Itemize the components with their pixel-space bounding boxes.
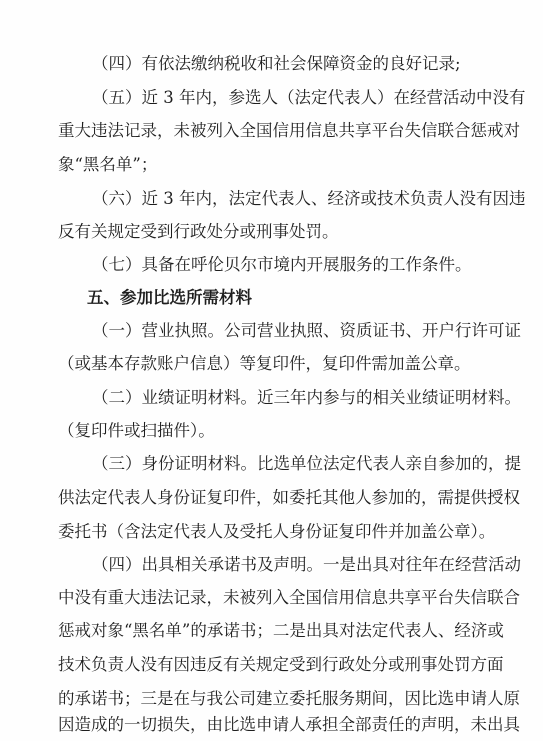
- text-line: （七）具备在呼伦贝尔市境内开展服务的工作条件。: [92, 254, 466, 276]
- text-line: （四）有依法缴纳税收和社会保障资金的良好记录;: [92, 53, 466, 75]
- text-line: 重大违法记录，未被列入全国信用信息共享平台失信联合惩戒对: [58, 120, 466, 142]
- text-line: （五）近 3 年内，参选人（法定代表人）在经营活动中没有: [92, 87, 466, 109]
- text-line: 象“黑名单”；: [58, 154, 466, 176]
- text-line: 供法定代表人身份证复印件，如委托其他人参加的，需提供授权: [58, 487, 466, 509]
- text-line: （六）近 3 年内，法定代表人、经济或技术负责人没有因违: [92, 188, 466, 210]
- text-line: （或基本存款账户信息）等复印件，复印件需加盖公章。: [58, 353, 466, 375]
- text-line: 反有关规定受到行政处分或刑事处罚。: [58, 221, 466, 243]
- text-line: （三）身份证明材料。比选单位法定代表人亲自参加的，提: [92, 453, 466, 475]
- text-line: （四）出具相关承诺书及声明。一是出具对往年在经营活动: [92, 554, 466, 576]
- section-heading: 五、参加比选所需材料: [87, 287, 287, 309]
- text-line: 中没有重大违法记录，未被列入全国信用信息共享平台失信联合: [58, 587, 466, 609]
- text-line: （二）业绩证明材料。近三年内参与的相关业绩证明材料。: [92, 387, 466, 409]
- text-line: 技术负责人没有因违反有关规定受到行政处分或刑事处罚方面: [58, 654, 466, 676]
- text-line: 因造成的一切损失，由比选申请人承担全部责任的声明，未出具: [58, 714, 466, 736]
- text-line: 的承诺书；三是在与我公司建立委托服务期间，因比选申请人原: [58, 688, 466, 710]
- text-line: （一）营业执照。公司营业执照、资质证书、开户行许可证: [92, 320, 466, 342]
- text-line: （复印件或扫描件）。: [58, 420, 466, 442]
- text-line: 委托书（含法定代表人及受托人身份证复印件并加盖公章）。: [58, 521, 466, 543]
- text-line: 惩戒对象“黑名单”的承诺书；二是出具对法定代表人、经济或: [58, 620, 466, 642]
- document-page: （四）有依法缴纳税收和社会保障资金的良好记录; （五）近 3 年内，参选人（法定…: [0, 0, 543, 741]
